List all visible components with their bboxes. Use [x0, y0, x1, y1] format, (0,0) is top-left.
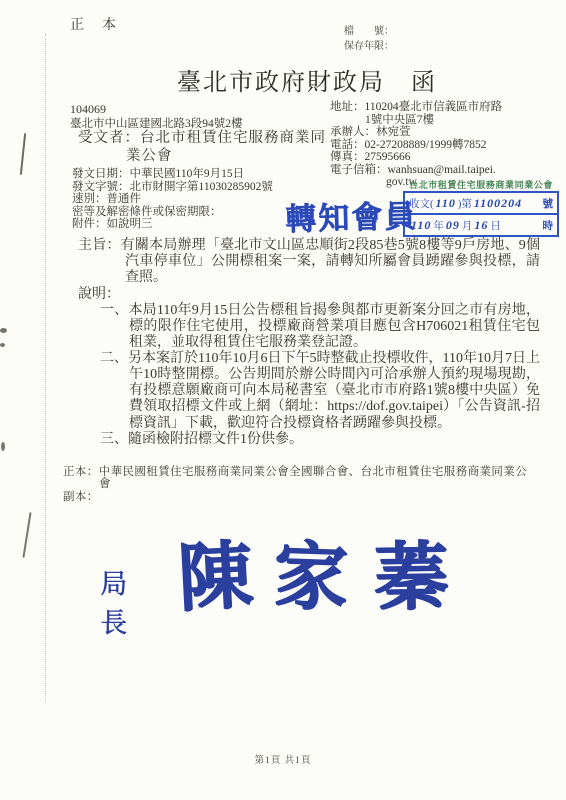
original-label: 正本：	[63, 466, 99, 478]
contact-phone: 電話：02-27208889/1999轉7852	[330, 139, 502, 152]
description-label: 說明：	[78, 287, 540, 303]
scan-mark	[22, 512, 31, 558]
binding-margin-dotted-line	[45, 34, 46, 702]
receipt-date-month-handwritten: 09	[444, 218, 462, 233]
scan-mark	[20, 133, 26, 175]
description-item-1: 一、本局110年9月15日公告標租旨揭參與都市更新案分回之市有房地，標的限作住宅…	[100, 303, 540, 351]
copy-type-label: 正 本	[70, 14, 118, 34]
office-address-line2: 1號中央區7樓	[330, 114, 502, 127]
letter-body: 主旨：有關本局辦理「臺北市文山區忠順街2段85巷5號8樓等9戶房地、9個汽車停車…	[78, 238, 540, 448]
subject-paragraph: 主旨：有關本局辦理「臺北市文山區忠順街2段85巷5號8樓等9戶房地、9個汽車停車…	[78, 238, 540, 286]
contact-block: 地址：110204臺北市信義區市府路 1號中央區7樓 承辦人：林宛萱 電話：02…	[330, 101, 502, 189]
description-item-2: 二、另本案訂於110年10月6日下午5時整截止投標收件，110年10月7日上午1…	[100, 351, 540, 431]
month-label: 月	[462, 218, 473, 233]
file-number-label: 檔 號：	[344, 24, 394, 39]
item-number: 二、	[100, 351, 128, 366]
day-label: 日	[490, 218, 501, 233]
contact-person: 承辦人：林宛萱	[330, 126, 502, 139]
attachment-note: 附件：如說明三	[72, 218, 273, 231]
scan-smudge	[0, 343, 5, 347]
page-number: 第1頁 共1頁	[0, 752, 566, 766]
contact-email-line1: 電子信箱：wanhsuan@mail.taipei.	[330, 164, 502, 177]
subject-text: 有關本局辦理「臺北市文山區忠順街2段85巷5號8樓等9戶房地、9個汽車停車位」公…	[121, 238, 540, 285]
document-number: 發文字號：北市財開字第11030285902號	[72, 181, 273, 194]
item-text: 本局110年9月15日公告標租旨揭參與都市更新案分回之市有房地，標的限作住宅使用…	[128, 303, 540, 350]
scan-smudge	[1, 442, 5, 451]
file-number-block: 檔 號： 保存年限：	[344, 24, 394, 54]
receipt-year-handwritten: 110	[434, 196, 458, 211]
description-items: 一、本局110年9月15日公告標租旨揭參與都市更新案分回之市有房地，標的限作住宅…	[100, 303, 540, 448]
signature-character: 家	[272, 517, 350, 626]
copy-recipients-label: 副本：	[63, 492, 537, 504]
receipt-label: )第	[458, 196, 472, 211]
year-label: 年	[433, 218, 444, 233]
item-text: 另本案訂於110年10月6日下午5時整截止投標收件，110年10月7日上午10時…	[128, 351, 540, 430]
hour-label: 時	[543, 218, 554, 233]
item-number: 一、	[100, 303, 128, 318]
association-name-stamp: 台北市租賃住宅服務商業同業公會	[409, 178, 563, 191]
signature-character: 陳	[175, 516, 254, 626]
item-text: 隨函檢附招標文件1份供參。	[128, 432, 303, 447]
speed-class: 速別：普通件	[72, 193, 273, 206]
document-title: 臺北市政府財政局 函	[177, 62, 437, 97]
receipt-stamp-box: 收文(110)第1100204 號 110年09月16日 時	[403, 191, 559, 237]
issue-date: 發文日期：中華民國110年9月15日	[72, 168, 273, 181]
signature-character: 蓁	[373, 517, 449, 624]
original-text: 中華民國租賃住宅服務商業同業公會全國聯合會、台北市租賃住宅服務商業同業公會	[99, 466, 527, 490]
security-class: 密等及解密條件或保密期限：	[72, 206, 273, 219]
signer-name-calligraphy: 陳家蓁	[178, 518, 448, 624]
office-address-line1: 地址：110204臺北市信義區市府路	[330, 101, 502, 114]
receipt-date-day-handwritten: 16	[472, 218, 490, 233]
scanned-official-letter: 正 本 檔 號： 保存年限： 臺北市政府財政局 函 104069 臺北市中山區建…	[0, 0, 566, 800]
distribution-block: 正本：中華民國租賃住宅服務商業同業公會全國聯合會、台北市租賃住宅服務商業同業公會…	[63, 467, 537, 503]
retention-period-label: 保存年限：	[344, 39, 394, 54]
recipient-line: 受文者：台北市租賃住宅服務商業同業公會	[78, 130, 338, 165]
document-meta-block: 發文日期：中華民國110年9月15日 發文字號：北市財開字第1103028590…	[72, 168, 273, 231]
recipient-mailing-address: 臺北市中山區建國北路3段94號2樓	[70, 115, 243, 131]
subject-label: 主旨：	[78, 238, 121, 253]
forward-to-members-handwriting: 轉知會員	[284, 190, 417, 238]
receipt-number-suffix: 號	[543, 196, 554, 211]
contact-fax: 傳真：27595666	[330, 151, 502, 164]
description-item-3: 三、隨函檢附招標文件1份供參。	[100, 432, 540, 448]
scan-smudge	[0, 328, 7, 333]
receipt-stamp-row2: 110年09月16日 時	[405, 215, 557, 235]
signer-title: 局長	[100, 562, 135, 640]
item-number: 三、	[100, 432, 128, 447]
receipt-stamp-row1: 收文(110)第1100204 號	[405, 193, 557, 215]
receipt-number-handwritten: 1100204	[472, 196, 524, 211]
original-recipients: 正本：中華民國租賃住宅服務商業同業公會全國聯合會、台北市租賃住宅服務商業同業公會	[63, 467, 537, 491]
